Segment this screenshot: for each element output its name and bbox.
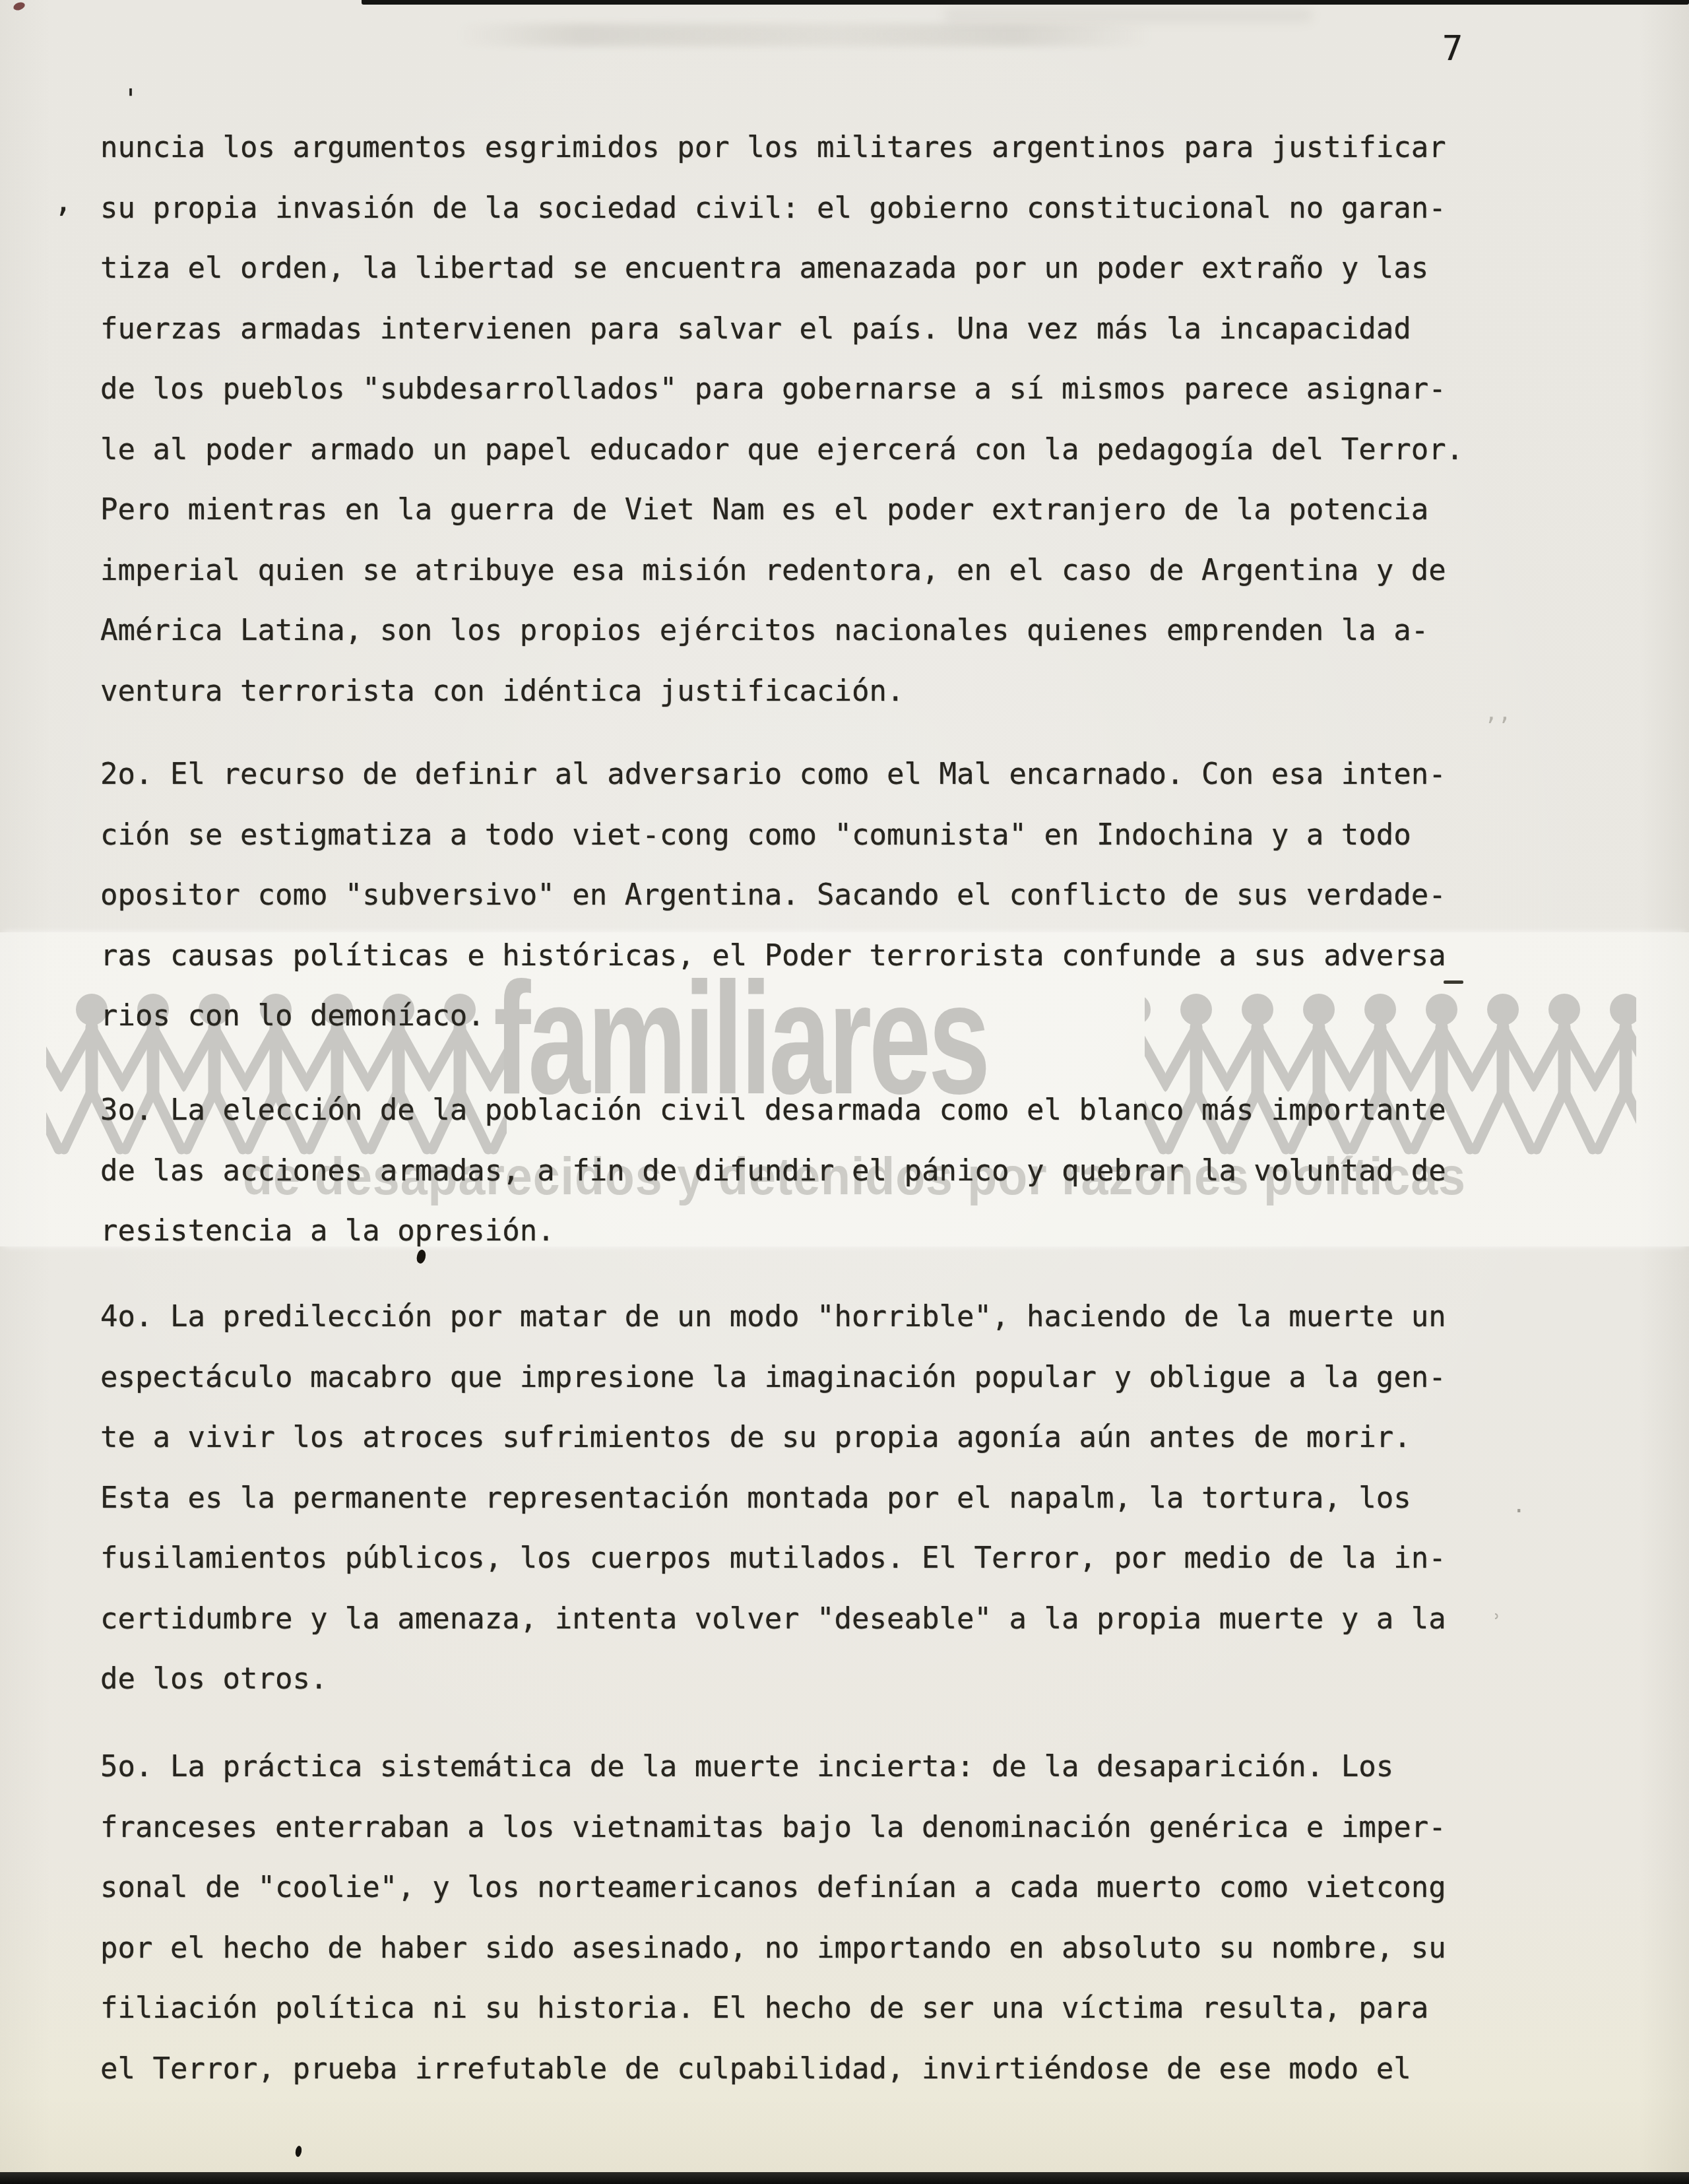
stray-apostrophe-mark: '	[123, 84, 139, 115]
stray-comma-mark: ,	[54, 183, 73, 219]
ink-speck	[295, 2145, 303, 2157]
scan-edge-bottom	[0, 2172, 1689, 2184]
ink-speck: ·	[1512, 1498, 1525, 1524]
ink-speck: ‚‚	[1484, 699, 1512, 726]
ink-speck: ʾ	[1490, 1610, 1503, 1636]
typed-paragraph-2: 2o. El recurso de definir al adversario …	[100, 744, 1446, 1046]
page-number: 7	[1442, 29, 1463, 69]
typed-underline-mark	[1444, 980, 1463, 984]
typed-paragraph-5: 5o. La práctica sistemática de la muerte…	[100, 1737, 1446, 2099]
erased-smudge	[943, 8, 1313, 22]
typed-paragraph-4: 4o. La predilección por matar de un modo…	[100, 1287, 1446, 1710]
typed-paragraph-3: 3o. La elección de la población civil de…	[100, 1080, 1446, 1262]
ink-speck	[13, 1, 26, 11]
erased-smudge	[455, 24, 1155, 46]
typed-paragraph-1: nuncia los argumentos esgrimidos por los…	[100, 117, 1463, 721]
scan-edge-top	[362, 0, 1689, 5]
